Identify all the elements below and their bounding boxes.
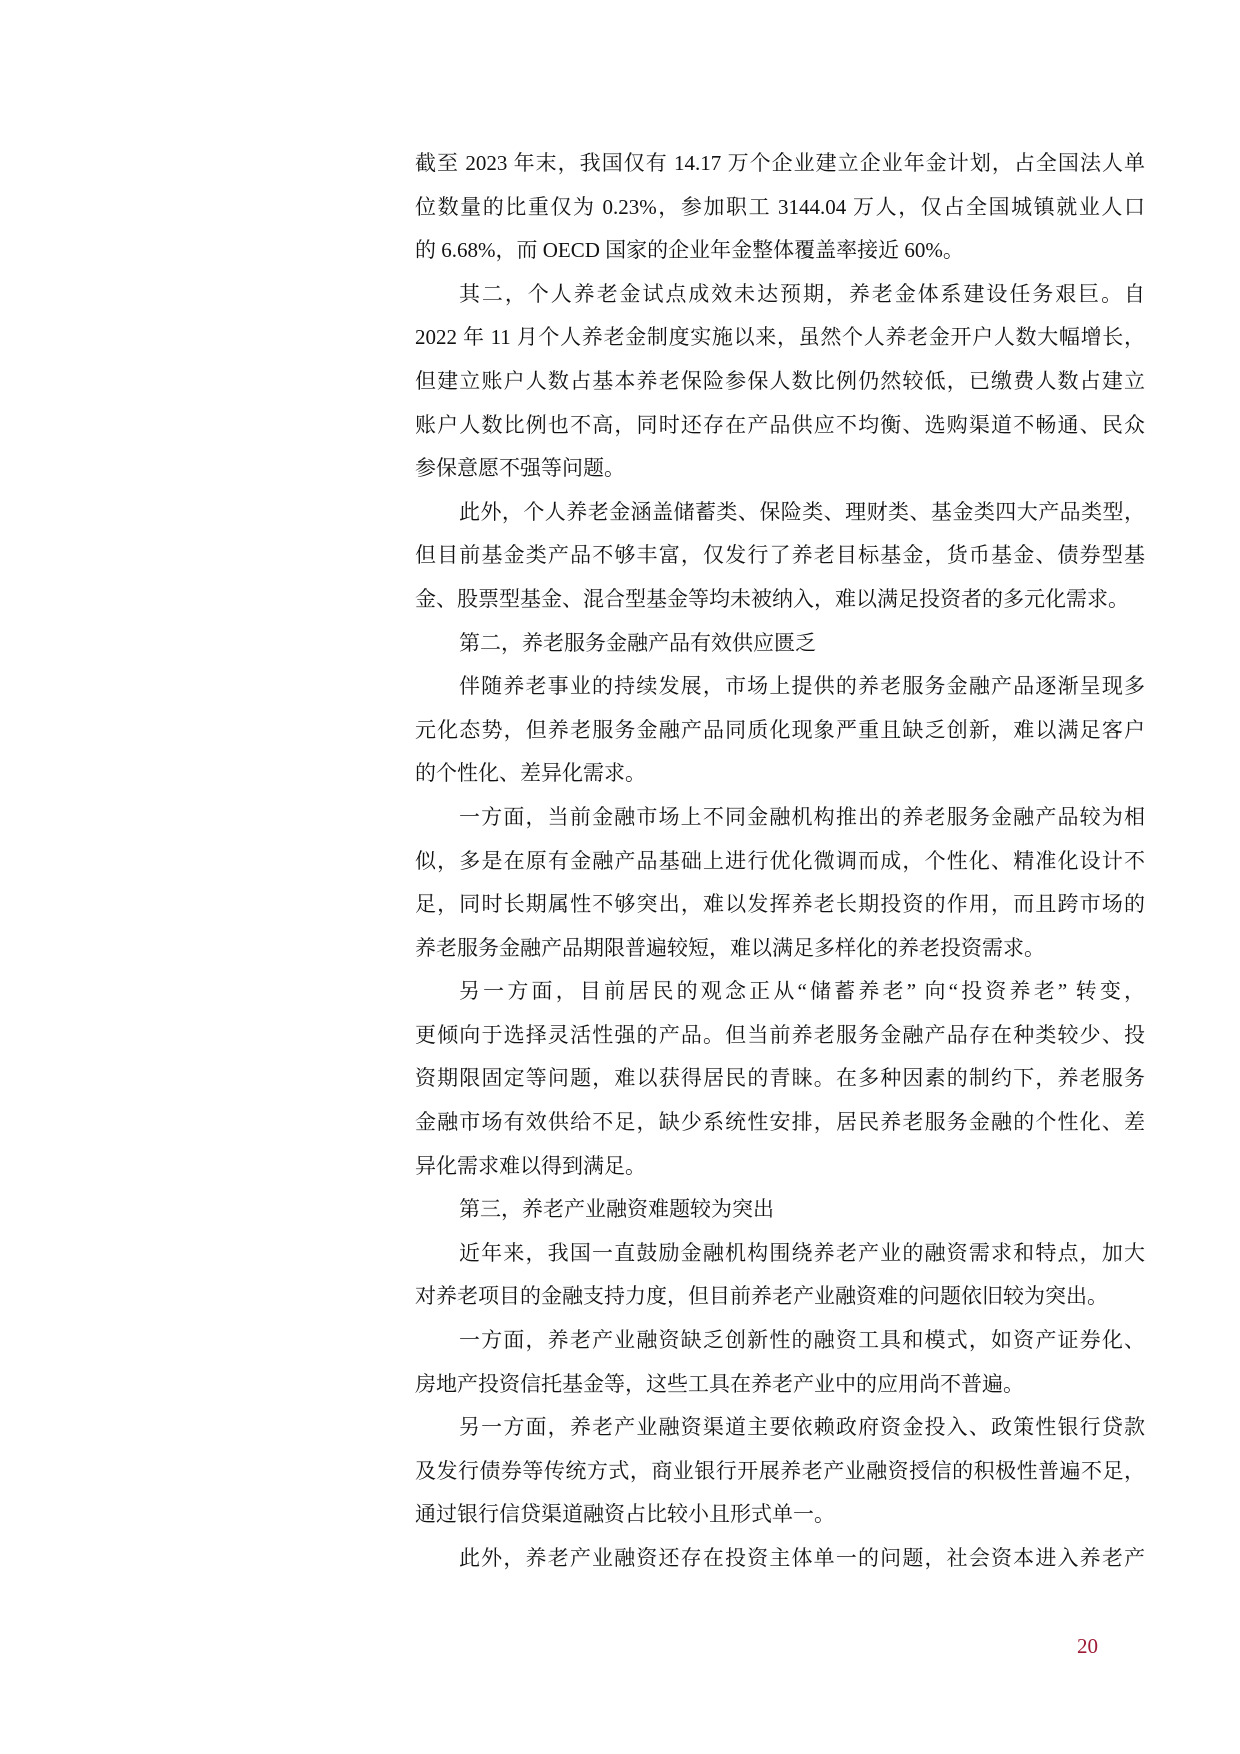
text-line: 资期限固定等问题，难以获得居民的青睐。在多种因素的制约下，养老服务 bbox=[415, 1057, 1145, 1101]
paragraph: 另一方面，目前居民的观念正从“储蓄养老” 向“投资养老” 转变，更倾向于选择灵活… bbox=[415, 970, 1145, 1188]
text-line: 似，多是在原有金融产品基础上进行优化微调而成，个性化、精准化设计不 bbox=[415, 840, 1145, 884]
paragraph: 另一方面，养老产业融资渠道主要依赖政府资金投入、政策性银行贷款及发行债券等传统方… bbox=[415, 1406, 1145, 1537]
text-line: 位数量的比重仅为 0.23%，参加职工 3144.04 万人，仅占全国城镇就业人… bbox=[415, 186, 1145, 230]
text-line: 及发行债券等传统方式，商业银行开展养老产业融资授信的积极性普遍不足， bbox=[415, 1450, 1145, 1494]
text-line: 参保意愿不强等问题。 bbox=[415, 447, 1145, 491]
text-line: 第二，养老服务金融产品有效供应匮乏 bbox=[415, 622, 1145, 666]
text-line: 账户人数比例也不高，同时还存在产品供应不均衡、选购渠道不畅通、民众 bbox=[415, 404, 1145, 448]
text-line: 另一方面，养老产业融资渠道主要依赖政府资金投入、政策性银行贷款 bbox=[415, 1406, 1145, 1450]
text-line: 的个性化、差异化需求。 bbox=[415, 752, 1145, 796]
text-line: 2022 年 11 月个人养老金制度实施以来，虽然个人养老金开户人数大幅增长， bbox=[415, 316, 1145, 360]
text-line: 近年来，我国一直鼓励金融机构围绕养老产业的融资需求和特点，加大 bbox=[415, 1232, 1145, 1276]
text-line: 养老服务金融产品期限普遍较短，难以满足多样化的养老投资需求。 bbox=[415, 927, 1145, 971]
document-page: 截至 2023 年末，我国仅有 14.17 万个企业建立企业年金计划，占全国法人… bbox=[0, 0, 1240, 1754]
text-line: 伴随养老事业的持续发展，市场上提供的养老服务金融产品逐渐呈现多 bbox=[415, 665, 1145, 709]
paragraph: 此外，养老产业融资还存在投资主体单一的问题，社会资本进入养老产 bbox=[415, 1537, 1145, 1581]
paragraph: 伴随养老事业的持续发展，市场上提供的养老服务金融产品逐渐呈现多元化态势，但养老服… bbox=[415, 665, 1145, 796]
paragraph: 一方面，当前金融市场上不同金融机构推出的养老服务金融产品较为相似，多是在原有金融… bbox=[415, 796, 1145, 970]
text-line: 但建立账户人数占基本养老保险参保人数比例仍然较低，已缴费人数占建立 bbox=[415, 360, 1145, 404]
text-line: 一方面，当前金融市场上不同金融机构推出的养老服务金融产品较为相 bbox=[415, 796, 1145, 840]
text-line: 一方面，养老产业融资缺乏创新性的融资工具和模式，如资产证券化、 bbox=[415, 1319, 1145, 1363]
text-line: 元化态势，但养老服务金融产品同质化现象严重且缺乏创新，难以满足客户 bbox=[415, 709, 1145, 753]
paragraph: 此外，个人养老金涵盖储蓄类、保险类、理财类、基金类四大产品类型，但目前基金类产品… bbox=[415, 491, 1145, 622]
text-line: 此外，养老产业融资还存在投资主体单一的问题，社会资本进入养老产 bbox=[415, 1537, 1145, 1581]
text-line: 房地产投资信托基金等，这些工具在养老产业中的应用尚不普遍。 bbox=[415, 1363, 1145, 1407]
text-line: 异化需求难以得到满足。 bbox=[415, 1145, 1145, 1189]
text-line: 对养老项目的金融支持力度，但目前养老产业融资难的问题依旧较为突出。 bbox=[415, 1275, 1145, 1319]
section-heading: 第二，养老服务金融产品有效供应匮乏 bbox=[415, 622, 1145, 666]
paragraph: 一方面，养老产业融资缺乏创新性的融资工具和模式，如资产证券化、房地产投资信托基金… bbox=[415, 1319, 1145, 1406]
text-line: 其二，个人养老金试点成效未达预期，养老金体系建设任务艰巨。自 bbox=[415, 273, 1145, 317]
text-line: 但目前基金类产品不够丰富，仅发行了养老目标基金，货币基金、债券型基 bbox=[415, 534, 1145, 578]
text-line: 此外，个人养老金涵盖储蓄类、保险类、理财类、基金类四大产品类型， bbox=[415, 491, 1145, 535]
text-line: 第三，养老产业融资难题较为突出 bbox=[415, 1188, 1145, 1232]
paragraph: 近年来，我国一直鼓励金融机构围绕养老产业的融资需求和特点，加大对养老项目的金融支… bbox=[415, 1232, 1145, 1319]
text-line: 的 6.68%，而 OECD 国家的企业年金整体覆盖率接近 60%。 bbox=[415, 229, 1145, 273]
text-line: 通过银行信贷渠道融资占比较小且形式单一。 bbox=[415, 1493, 1145, 1537]
text-line: 更倾向于选择灵活性强的产品。但当前养老服务金融产品存在种类较少、投 bbox=[415, 1014, 1145, 1058]
text-line: 截至 2023 年末，我国仅有 14.17 万个企业建立企业年金计划，占全国法人… bbox=[415, 142, 1145, 186]
document-text-block: 截至 2023 年末，我国仅有 14.17 万个企业建立企业年金计划，占全国法人… bbox=[415, 142, 1145, 1581]
paragraph: 其二，个人养老金试点成效未达预期，养老金体系建设任务艰巨。自2022 年 11 … bbox=[415, 273, 1145, 491]
page-number: 20 bbox=[1058, 1632, 1098, 1660]
text-line: 足，同时长期属性不够突出，难以发挥养老长期投资的作用，而且跨市场的 bbox=[415, 883, 1145, 927]
text-line: 金、股票型基金、混合型基金等均未被纳入，难以满足投资者的多元化需求。 bbox=[415, 578, 1145, 622]
paragraph: 截至 2023 年末，我国仅有 14.17 万个企业建立企业年金计划，占全国法人… bbox=[415, 142, 1145, 273]
section-heading: 第三，养老产业融资难题较为突出 bbox=[415, 1188, 1145, 1232]
text-line: 金融市场有效供给不足，缺少系统性安排，居民养老服务金融的个性化、差 bbox=[415, 1101, 1145, 1145]
text-line: 另一方面，目前居民的观念正从“储蓄养老” 向“投资养老” 转变， bbox=[415, 970, 1145, 1014]
